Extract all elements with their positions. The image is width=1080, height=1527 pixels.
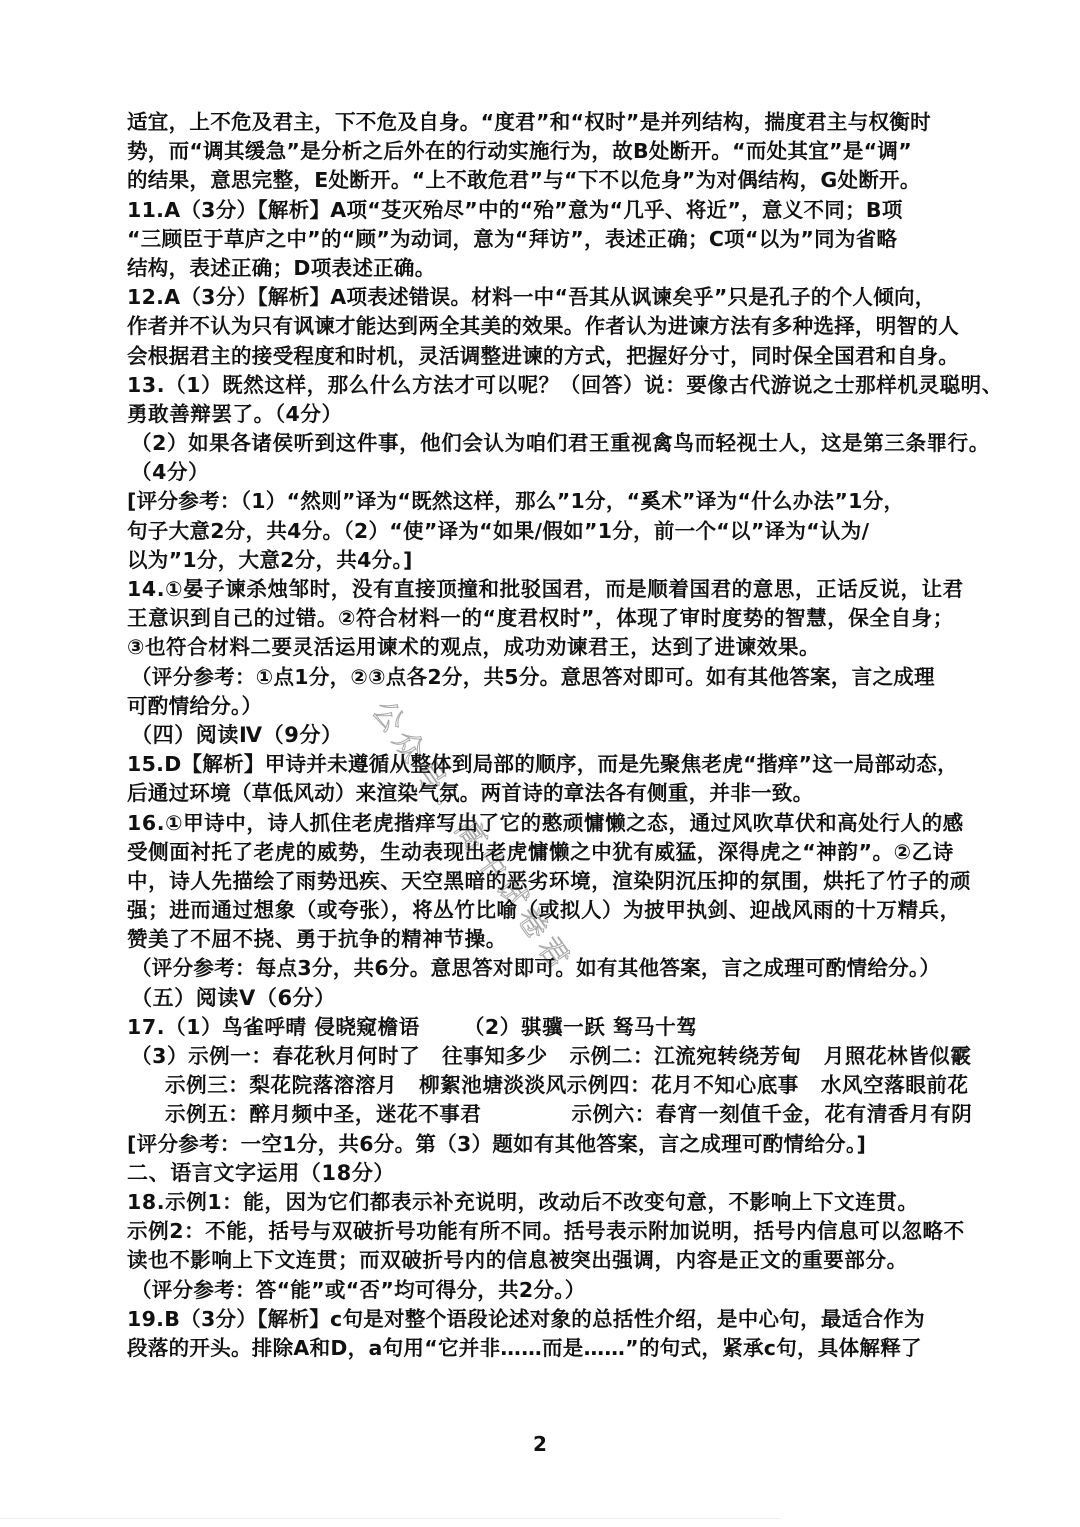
answer-19: 19.B（3分）【解析】c句是对整个语段论述对象的总括性介绍，是中心句，最适合作… <box>127 1305 953 1334</box>
text-line: 段落的开头。排除A和D，a句用“它并非……而是……”的句式，紧承c句，具体解释了 <box>127 1334 953 1363</box>
answer-17-examples: 示例五：醉月频中圣，迷花不事君示例六：春宵一刻值千金，花有清香月有阴 <box>127 1100 953 1129</box>
text-line: 势，而“调其缓急”是分析之后外在的行动实施行为，故B处断开。“而处其宜”是“调” <box>127 137 953 166</box>
text-line: 句子大意2分，共4分。（2）“使”译为“如果/假如”1分，前一个“以”译为“认为… <box>127 517 953 546</box>
answer-key-body: 适宜，上不危及君主，下不危及自身。“度君”和“权时”是并列结构，揣度君主与权衡时… <box>127 108 953 1363</box>
example-1: （3）示例一：春花秋月何时了 <box>131 1044 420 1068</box>
text-line: 作者并不认为只有讽谏才能达到两全其美的效果。作者认为进谏方法有多种选择，明智的人 <box>127 312 953 341</box>
document-page: 公众号：高中试卷君 适宜，上不危及君主，下不危及自身。“度君”和“权时”是并列结… <box>0 0 1080 1527</box>
scoring-note: [评分参考：一空1分，共6分。第（3）题如有其他答案，言之成理可酌情给分。] <box>127 1130 953 1159</box>
example-5: 示例五：醉月频中圣，迷花不事君 <box>165 1102 482 1126</box>
text-line: 的结果，意思完整，E处断开。“上不敢危君”与“下不以危身”为对偶结构，G处断开。 <box>127 166 953 195</box>
text-line: ③也符合材料二要灵活运用谏术的观点，成功劝谏君王，达到了进谏效果。 <box>127 633 953 662</box>
text-line: 适宜，上不危及君主，下不危及自身。“度君”和“权时”是并列结构，揣度君主与权衡时 <box>127 108 953 137</box>
answer-16: 16.①甲诗中，诗人抓住老虎揩痒写出了它的憨顽慵懒之态，通过风吹草伏和高处行人的… <box>127 809 953 838</box>
text-line: 勇敢善辩罢了。（4分） <box>127 400 953 429</box>
text-line: 会根据君主的接受程度和时机，灵活调整进谏的方式，把握好分寸，同时保全国君和自身。 <box>127 342 953 371</box>
scoring-note: （评分参考：每点3分，共6分。意思答对即可。如有其他答案，言之成理可酌情给分。） <box>127 954 953 983</box>
answer-17-part2: （2）骐骥一跃 驽马十驾 <box>464 1015 698 1039</box>
answer-18: 18.示例1：能，因为它们都表示补充说明，改动后不改变句意，不影响上下文连贯。 <box>127 1188 953 1217</box>
section-heading-2: 二、语言文字运用（18分） <box>127 1159 953 1188</box>
text-line: （2）如果各诸侯听到这件事，他们会认为咱们君王重视禽鸟而轻视士人，这是第三条罪行… <box>127 429 953 458</box>
answer-17-part1: 17.（1）鸟雀呼晴 侵晓窥檐语 <box>127 1015 420 1039</box>
example-6: 示例六：春宵一刻值千金，花有清香月有阴 <box>572 1102 973 1126</box>
example-2: 示例二：江流宛转绕芳甸 <box>570 1044 802 1068</box>
answer-13: 13.（1）既然这样，那么什么方法才可以呢？（回答）说：要像古代游说之士那样机灵… <box>127 371 953 400</box>
text-line: 受侧面衬托了老虎的威势，生动表现出老虎慵懒之中犹有威猛，深得虎之“神韵”。②乙诗 <box>127 838 953 867</box>
answer-17-examples: 示例三：梨花院落溶溶月柳絮池塘淡淡风示例四：花月不知心底事水风空落眼前花 <box>127 1071 953 1100</box>
text-line: “三顾臣于草庐之中”的“顾”为动词，意为“拜访”，表述正确；C项“以为”同为省略 <box>127 225 953 254</box>
text-line: 后通过环境（草低风动）来渲染气氛。两首诗的章法各有侧重，并非一致。 <box>127 779 953 808</box>
answer-14: 14.①晏子谏杀烛邹时，没有直接顶撞和批驳国君，而是顺着国君的意思，正话反说，让… <box>127 575 953 604</box>
text-line: 赞美了不屈不挠、勇于抗争的精神节操。 <box>127 925 953 954</box>
text-line: 示例2：不能，括号与双破折号功能有所不同。括号表示附加说明，括号内信息可以忽略不 <box>127 1217 953 1246</box>
page-edge <box>0 1518 780 1519</box>
example-4b: 水风空落眼前花 <box>821 1073 969 1097</box>
answer-12: 12.A（3分）【解析】A项表述错误。材料一中“吾其从讽谏矣乎”只是孔子的个人倾… <box>127 283 953 312</box>
answer-15: 15.D【解析】甲诗并未遵循从整体到局部的顺序，而是先聚焦老虎“揩痒”这一局部动… <box>127 750 953 779</box>
text-line: 可酌情给分。） <box>127 692 953 721</box>
scoring-note: （评分参考：答“能”或“否”均可得分，共2分。） <box>127 1276 953 1305</box>
page-number: 2 <box>0 1432 1080 1456</box>
text-line: 结构，表述正确；D项表述正确。 <box>127 254 953 283</box>
answer-17-examples: （3）示例一：春花秋月何时了往事知多少示例二：江流宛转绕芳甸月照花林皆似霰 <box>127 1042 953 1071</box>
example-1b: 往事知多少 <box>442 1044 548 1068</box>
answer-17: 17.（1）鸟雀呼晴 侵晓窥檐语（2）骐骥一跃 驽马十驾 <box>127 1013 953 1042</box>
section-heading: （四）阅读Ⅳ（9分） <box>127 721 953 750</box>
section-heading: （五）阅读Ⅴ（6分） <box>127 984 953 1013</box>
text-line: 王意识到自己的过错。②符合材料一的“度君权时”，体现了审时度势的智慧，保全自身； <box>127 604 953 633</box>
scoring-note: （评分参考：①点1分，②③点各2分，共5分。意思答对即可。如有其他答案，言之成理 <box>127 663 953 692</box>
example-3: 示例三：梨花院落溶溶月 <box>165 1073 397 1097</box>
text-line: 强；进而通过想象（或夸张），将丛竹比喻（或拟人）为披甲执剑、迎战风雨的十万精兵， <box>127 896 953 925</box>
text-line: 中，诗人先描绘了雨势迅疾、天空黑暗的恶劣环境，渲染阴沉压抑的氛围，烘托了竹子的顽 <box>127 867 953 896</box>
example-3b-4: 柳絮池塘淡淡风示例四：花月不知心底事 <box>419 1073 799 1097</box>
scoring-note: [评分参考：（1）“然则”译为“既然这样，那么”1分，“奚术”译为“什么办法”1… <box>127 487 953 516</box>
example-2b: 月照花林皆似霰 <box>824 1044 972 1068</box>
text-line: 读也不影响上下文连贯；而双破折号内的信息被突出强调，内容是正文的重要部分。 <box>127 1246 953 1275</box>
text-line: 以为”1分，大意2分，共4分。] <box>127 546 953 575</box>
answer-11: 11.A（3分）【解析】A项“芟灭殆尽”中的“殆”意为“几乎、将近”，意义不同；… <box>127 196 953 225</box>
text-line: （4分） <box>127 458 953 487</box>
